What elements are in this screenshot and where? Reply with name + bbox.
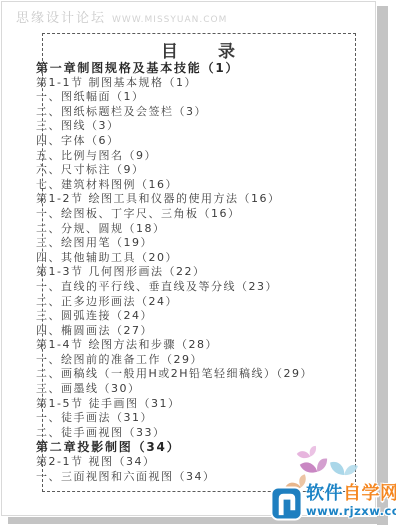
toc-entry-item: 七、建筑材料图例（16） — [36, 178, 366, 193]
watermark-brand-part2: 自学网 — [343, 483, 396, 504]
toc-entry-item: 一、图纸幅面（1） — [36, 90, 366, 105]
toc-entry-item: 一、直线的平行线、垂直线及等分线（23） — [36, 280, 366, 295]
toc-title: 目 录 — [42, 37, 356, 62]
toc-entry-item: 二、画稿线（一般用H或2H铅笔轻细稿线）（29） — [36, 367, 366, 382]
watermark-text: 软件自学网 www.rjzxw.com — [306, 479, 396, 518]
toc-entry-item: 三、绘图用笔（19） — [36, 236, 366, 251]
toc-entry-item: 一、绘图板、丁字尺、三角板（16） — [36, 207, 366, 222]
site-url: WWW.MISSYUAN.COM — [112, 15, 227, 25]
toc-entry-section: 第1-5节 徒手画图（31） — [36, 397, 366, 412]
page-shadow-right — [377, 6, 388, 525]
toc-entry-item: 四、其他辅助工具（20） — [36, 251, 366, 266]
toc-entry-item: 四、椭圆画法（27） — [36, 324, 366, 339]
toc-entry-section: 第1-4节 绘图方法和步骤（28） — [36, 338, 366, 353]
toc-entry-item: 二、分规、圆规（18） — [36, 222, 366, 237]
screenshot-frame: 思缘设计论坛WWW.MISSYUAN.COM 目 录 第一章制图规格及基本技能（… — [0, 0, 396, 525]
rjzxw-logo-icon — [270, 486, 303, 525]
toc-list: 第一章制图规格及基本技能（1）第1-1节 制图基本规格（1）一、图纸幅面（1）二… — [36, 61, 366, 484]
site-name: 思缘设计论坛 — [16, 11, 106, 26]
toc-entry-item: 一、徒手画法（31） — [36, 411, 366, 426]
toc-entry-item: 六、尺寸标注（9） — [36, 163, 366, 178]
toc-entry-item: 三、画墨线（30） — [36, 382, 366, 397]
toc-entry-section: 第1-1节 制图基本规格（1） — [36, 76, 366, 91]
toc-entry-chapter: 第一章制图规格及基本技能（1） — [36, 61, 366, 76]
toc-entry-section: 第2-1节 视图（34） — [36, 455, 366, 470]
toc-entry-item: 二、图纸标题栏及会签栏（3） — [36, 105, 366, 120]
watermark-url: www.rjzxw.com — [306, 504, 396, 518]
toc-entry-item: 三、图线（3） — [36, 119, 366, 134]
toc-entry-item: 五、比例与图名（9） — [36, 149, 366, 164]
site-header: 思缘设计论坛WWW.MISSYUAN.COM — [16, 7, 227, 26]
toc-entry-item: 一、绘图前的准备工作（29） — [36, 353, 366, 368]
watermark-brand-part1: 软件 — [306, 483, 343, 504]
toc-entry-section: 第1-2节 绘图工具和仪器的使用方法（16） — [36, 192, 366, 207]
toc-entry-section: 第1-3节 几何图形画法（22） — [36, 265, 366, 280]
toc-entry-item: 四、字体（6） — [36, 134, 366, 149]
toc-entry-item: 二、徒手画视图（33） — [36, 426, 366, 441]
toc-entry-item: 三、圆弧连接（24） — [36, 309, 366, 324]
toc-entry-item: 二、正多边形画法（24） — [36, 295, 366, 310]
rjzxw-watermark: 软件自学网 www.rjzxw.com — [268, 479, 396, 525]
toc-entry-chapter: 第二章投影制图（34） — [36, 440, 366, 455]
watermark-brand: 软件自学网 — [306, 479, 396, 505]
